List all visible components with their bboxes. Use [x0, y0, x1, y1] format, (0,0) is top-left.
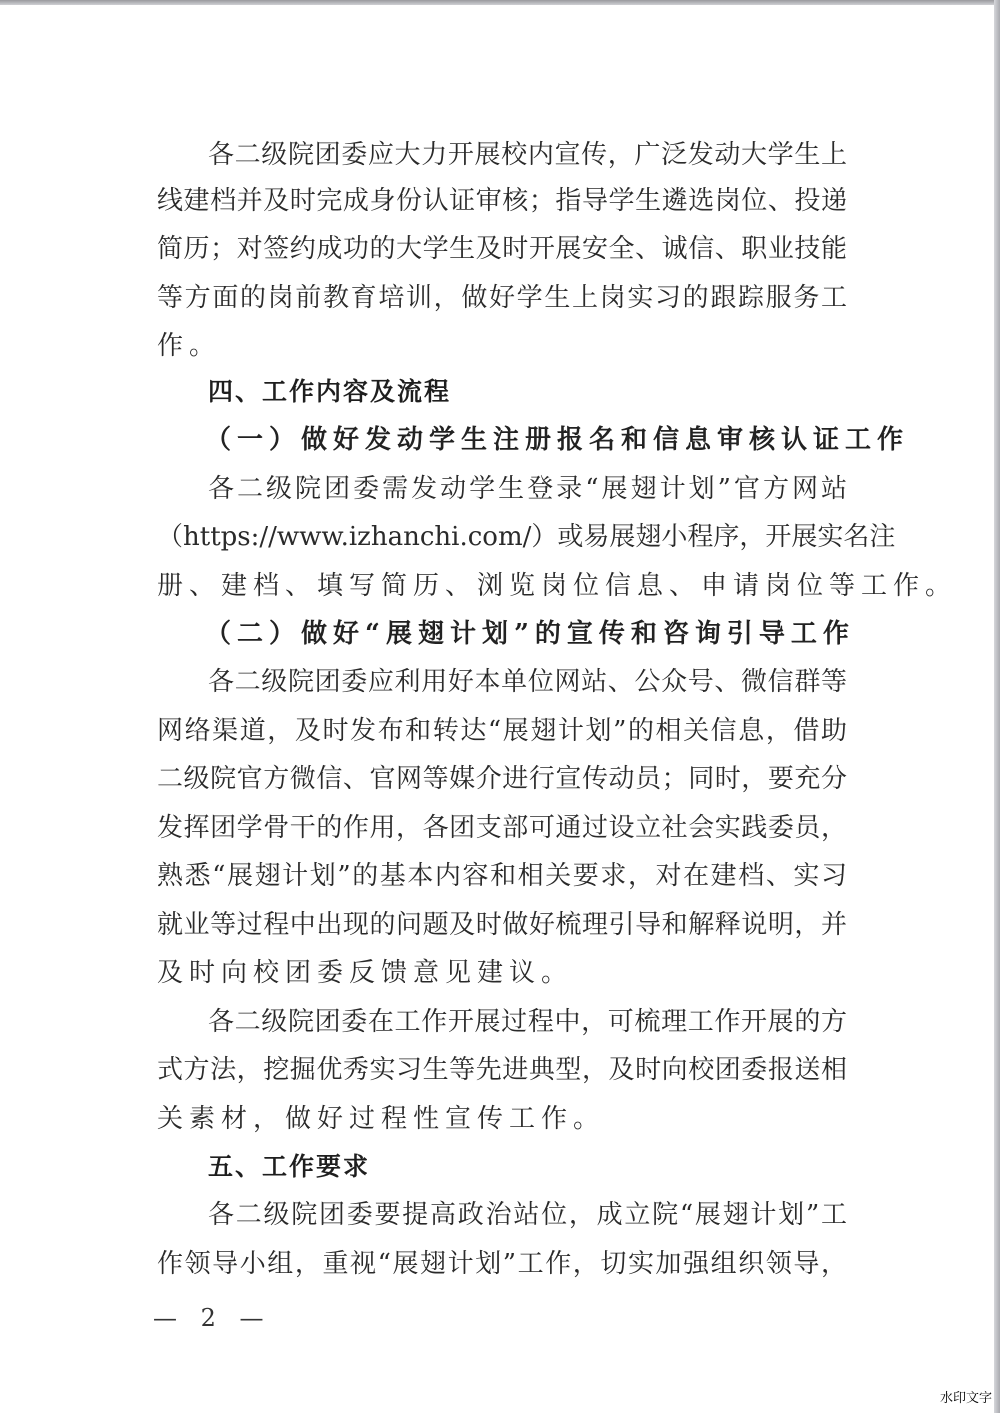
section-heading-5: 五、工作要求	[208, 1152, 370, 1182]
text-line: 作。	[157, 331, 847, 361]
text-line: 及时向校团委反馈意见建议。	[157, 958, 847, 988]
text-line: （https://www.izhanchi.com/）或易展翅小程序，开展实名注	[157, 522, 847, 552]
text-line: 各二级院团委应大力开展校内宣传，广泛发动大学生上	[208, 140, 847, 170]
text-line: 作领导小组，重视“展翅计划”工作，切实加强组织领导，	[157, 1249, 847, 1279]
text-line: 线建档并及时完成身份认证审核；指导学生遴选岗位、投递	[157, 186, 847, 216]
text-line: 简历；对签约成功的大学生及时开展安全、诚信、职业技能	[157, 234, 847, 264]
text-line: 熟悉“展翅计划”的基本内容和相关要求，对在建档、实习	[157, 861, 847, 891]
text-line: 各二级院团委需发动学生登录“展翅计划”官方网站	[208, 474, 847, 504]
text-line: 各二级院团委要提高政治站位，成立院“展翅计划”工	[208, 1200, 847, 1230]
text-line: 关素材，做好过程性宣传工作。	[157, 1104, 847, 1134]
text-line: 式方法，挖掘优秀实习生等先进典型，及时向校团委报送相	[157, 1055, 847, 1085]
text-line: 册、建档、填写简历、浏览岗位信息、申请岗位等工作。	[157, 571, 847, 601]
text-line: 二级院官方微信、官网等媒介进行宣传动员；同时，要充分	[157, 764, 847, 794]
text-line: 各二级院团委应利用好本单位网站、公众号、微信群等	[208, 667, 847, 697]
section-heading-4: 四、工作内容及流程	[208, 377, 451, 407]
text-line: 发挥团学骨干的作用，各团支部可通过设立社会实践委员，	[157, 813, 847, 843]
text-line: 网络渠道，及时发布和转达“展翅计划”的相关信息，借助	[157, 716, 847, 746]
text-line: 就业等过程中出现的问题及时做好梳理引导和解释说明，并	[157, 910, 847, 940]
text-line: 各二级院团委在工作开展过程中，可梳理工作开展的方	[208, 1007, 847, 1037]
text-line: 等方面的岗前教育培训，做好学生上岗实习的跟踪服务工	[157, 283, 847, 313]
watermark-label: 水印文字	[940, 1391, 992, 1407]
subsection-heading-1: （一）做好发动学生注册报名和信息审核认证工作	[205, 425, 909, 455]
subsection-heading-2: （二）做好“展翅计划”的宣传和咨询引导工作	[205, 619, 855, 649]
document-page: 各二级院团委应大力开展校内宣传，广泛发动大学生上 线建档并及时完成身份认证审核；…	[0, 0, 1000, 1413]
page-number: — 2 —	[153, 1303, 272, 1333]
